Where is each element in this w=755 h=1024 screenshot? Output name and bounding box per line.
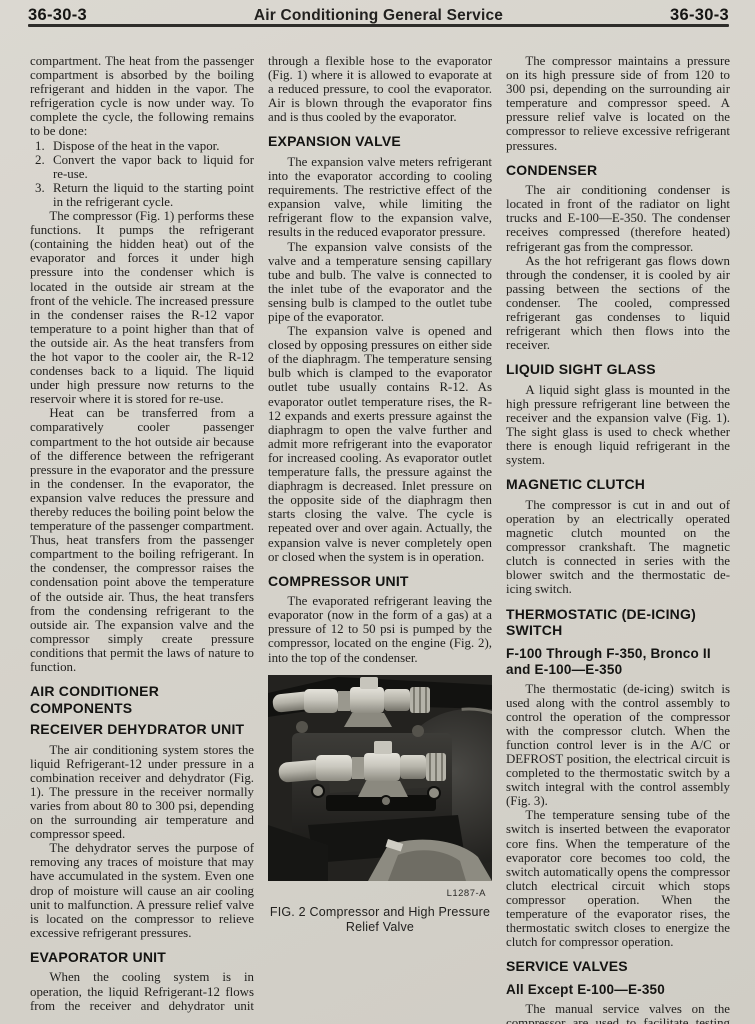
paragraph: When the cooling system is in operation,… [30, 970, 254, 1012]
list-item: Dispose of the heat in the vapor. [35, 139, 254, 153]
figure-caption-line2: Relief Valve [268, 920, 492, 935]
header-rule [28, 24, 729, 27]
section-heading-liquid-sight-glass: LIQUID SIGHT GLASS [506, 361, 730, 378]
figure-caption: FIG. 2 Compressor and High Pressure Reli… [268, 905, 492, 935]
column-3: The compressor maintains a pressure on i… [506, 54, 730, 1024]
figure-caption-line1: FIG. 2 Compressor and High Pressure [270, 905, 490, 919]
column-1: compartment. The heat from the passenger… [30, 54, 254, 1024]
paragraph: The air conditioning system stores the l… [30, 743, 254, 842]
paragraph: The thermostatic (de-icing) switch is us… [506, 682, 730, 809]
page-title: Air Conditioning General Service [254, 7, 503, 25]
list-item: Return the liquid to the starting point … [35, 181, 254, 209]
page-header: 36-30-3 Air Conditioning General Service… [28, 6, 729, 26]
paragraph: The expansion valve is opened and closed… [268, 324, 492, 564]
section-heading-condenser: CONDENSER [506, 162, 730, 179]
subheading-all-except-e100-e350: All Except E-100—E-350 [506, 982, 730, 998]
page-number-right: 36-30-3 [670, 6, 729, 25]
paragraph: The temperature sensing tube of the swit… [506, 808, 730, 949]
page-number-left: 36-30-3 [28, 6, 87, 25]
text-columns: compartment. The heat from the passenger… [30, 54, 730, 1024]
section-heading-service-valves: SERVICE VALVES [506, 958, 730, 975]
section-heading-thermostatic-switch: THERMOSTATIC (DE-ICING) SWITCH [506, 606, 730, 639]
compressor-photo [268, 675, 492, 881]
paragraph: The air conditioning condenser is locate… [506, 183, 730, 253]
figure-reference-code: L1287-A [268, 888, 486, 899]
manual-page: 36-30-3 Air Conditioning General Service… [0, 0, 755, 1024]
section-heading-compressor-unit: COMPRESSOR UNIT [268, 573, 492, 590]
section-heading-receiver-dehydrator-unit: RECEIVER DEHYDRATOR UNIT [30, 721, 254, 738]
paragraph: The manual service valves on the compres… [506, 1002, 730, 1024]
paragraph: The compressor maintains a pressure on i… [506, 54, 730, 153]
paragraph: The dehydrator serves the purpose of rem… [30, 841, 254, 940]
paragraph: A liquid sight glass is mounted in the h… [506, 383, 730, 468]
paragraph: The expansion valve meters refrigerant i… [268, 155, 492, 240]
paragraph: The compressor is cut in and out of oper… [506, 498, 730, 597]
paragraph: The compressor (Fig. 1) performs these f… [30, 209, 254, 406]
section-heading-air-conditioner-components: AIR CONDITIONER COMPONENTS [30, 683, 254, 716]
paragraph: The expansion valve consists of the valv… [268, 240, 492, 325]
section-heading-magnetic-clutch: MAGNETIC CLUTCH [506, 476, 730, 493]
list-item: Convert the vapor back to liquid for re-… [35, 153, 254, 181]
column-2: through a flexible hose to the evaporato… [268, 54, 492, 1024]
paragraph: through a flexible hose to the evaporato… [268, 54, 492, 124]
paragraph: compartment. The heat from the passenger… [30, 54, 254, 139]
procedure-list: Dispose of the heat in the vapor. Conver… [30, 139, 254, 209]
paragraph: Heat can be transferred from a comparati… [30, 406, 254, 674]
section-heading-evaporator-unit: EVAPORATOR UNIT [30, 949, 254, 966]
subheading-f100-f350-bronco: F-100 Through F-350, Bronco II and E-100… [506, 646, 730, 678]
section-heading-expansion-valve: EXPANSION VALVE [268, 133, 492, 150]
figure-2: L1287-A FIG. 2 Compressor and High Press… [268, 675, 492, 935]
paragraph: As the hot refrigerant gas flows down th… [506, 254, 730, 353]
paragraph: The evaporated refrigerant leaving the e… [268, 594, 492, 664]
